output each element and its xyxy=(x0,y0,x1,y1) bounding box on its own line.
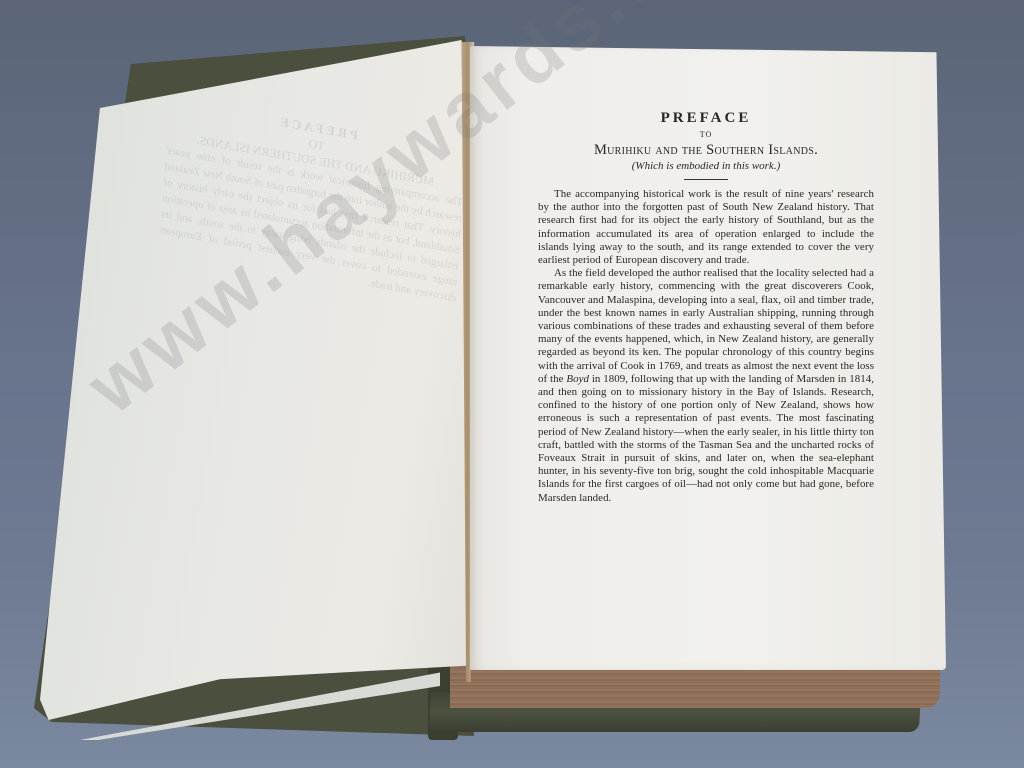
paragraph-2-part-b: in 1809, following that up with the land… xyxy=(538,373,874,504)
preface-heading: PREFACE xyxy=(538,108,874,128)
work-title: Murihiku and the Southern Islands. xyxy=(538,141,874,159)
left-page-show-through-text: PREFACE TO MURIHIKU AND THE SOUTHERN ISL… xyxy=(133,94,466,665)
page-edges xyxy=(450,664,940,708)
preface-to-line: TO xyxy=(538,129,874,141)
book-photo-scene: PREFACE TO MURIHIKU AND THE SOUTHERN ISL… xyxy=(0,0,1024,768)
title-rule xyxy=(684,179,728,180)
paragraph-1: The accompanying historical work is the … xyxy=(538,188,874,267)
work-note: (Which is embodied in this work.) xyxy=(538,159,874,173)
ship-name-boyd: Boyd xyxy=(566,373,589,385)
paragraph-2: As the field developed the author realis… xyxy=(538,267,874,505)
paragraph-2-part-a: As the field developed the author realis… xyxy=(538,267,874,385)
preface-text-block: PREFACE TO Murihiku and the Southern Isl… xyxy=(538,108,874,505)
